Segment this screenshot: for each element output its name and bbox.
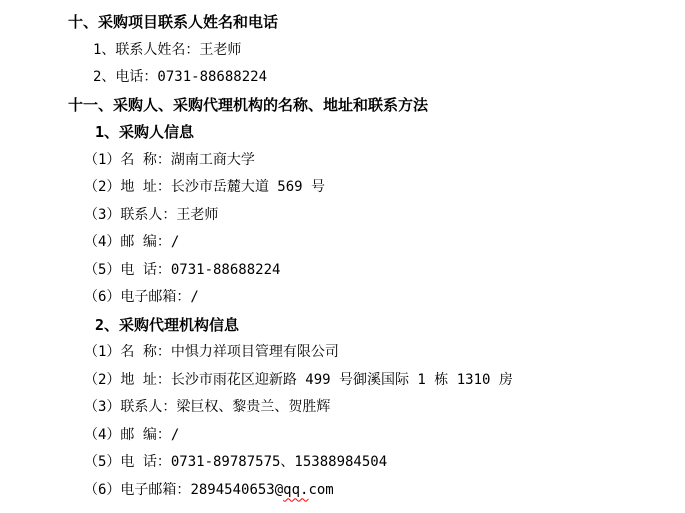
agency-info-heading: 2、采购代理机构信息 — [0, 312, 685, 340]
agency-phone-line: （5）电 话：0731-89787575、15388984504 — [0, 449, 685, 477]
purchaser-email-line: （6）电子邮箱：/ — [0, 284, 685, 312]
purchaser-address-line: （2）地 址：长沙市岳麓大道 569 号 — [0, 174, 685, 202]
purchaser-phone-line: （5）电 话：0731-88688224 — [0, 257, 685, 285]
purchaser-name-line: （1）名 称：湖南工商大学 — [0, 147, 685, 175]
agency-email-label: （6）电子邮箱： — [84, 482, 190, 498]
contact-phone-line: 2、电话：0731-88688224 — [0, 64, 685, 92]
section-heading-10: 十、采购项目联系人姓名和电话 — [0, 9, 685, 37]
agency-contact-line: （3）联系人：梁巨权、黎贵兰、贺胜辉 — [0, 394, 685, 422]
section-heading-11: 十一、采购人、采购代理机构的名称、地址和联系方法 — [0, 92, 685, 120]
agency-name-line: （1）名 称：中惧力祥项目管理有限公司 — [0, 339, 685, 367]
agency-email-line: （6）电子邮箱：2894540653@qq.com — [0, 477, 685, 505]
agency-email-address-prefix: 2894540653@ — [190, 482, 283, 498]
agency-postcode-line: （4）邮 编：/ — [0, 422, 685, 450]
contact-name-line: 1、联系人姓名：王老师 — [0, 37, 685, 65]
document-page: 十、采购项目联系人姓名和电话 1、联系人姓名：王老师 2、电话：0731-886… — [0, 0, 685, 504]
agency-email-spellcheck-segment: qq. — [283, 482, 308, 498]
purchaser-info-heading: 1、采购人信息 — [0, 119, 685, 147]
purchaser-contact-line: （3）联系人：王老师 — [0, 202, 685, 230]
purchaser-postcode-line: （4）邮 编：/ — [0, 229, 685, 257]
agency-address-line: （2）地 址：长沙市雨花区迎新路 499 号御溪国际 1 栋 1310 房 — [0, 367, 685, 395]
agency-email-address-suffix: com — [308, 482, 333, 498]
